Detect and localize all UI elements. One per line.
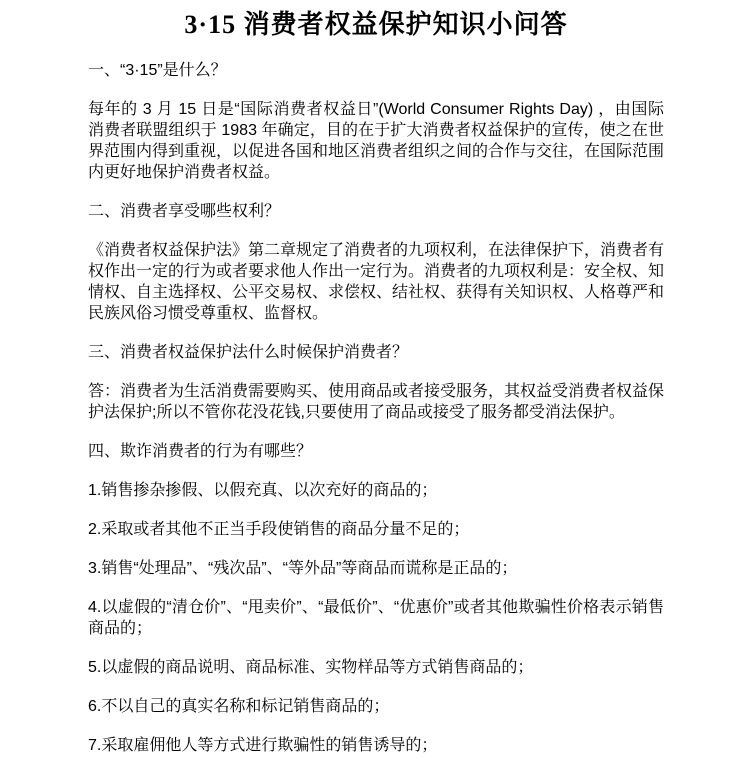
section-4-heading: 四、欺诈消费者的行为有哪些？	[88, 441, 664, 462]
fraud-list-item-1: 1.销售掺杂掺假、以假充真、以次充好的商品的；	[88, 480, 664, 501]
section-when-protected: 三、消费者权益保护法什么时候保护消费者？ 答：消费者为生活消费需要购买、使用商品…	[88, 342, 664, 423]
section-3-heading: 三、消费者权益保护法什么时候保护消费者？	[88, 342, 664, 363]
fraud-list-item-7: 7.采取雇佣他人等方式进行欺骗性的销售诱导的；	[88, 735, 664, 756]
document-page: 3·15 消费者权益保护知识小问答 一、“3·15”是什么？ 每年的 3 月 1…	[0, 0, 748, 759]
section-2-heading: 二、消费者享受哪些权利？	[88, 201, 664, 222]
section-consumer-rights: 二、消费者享受哪些权利？ 《消费者权益保护法》第二章规定了消费者的九项权利，在法…	[88, 201, 664, 324]
section-2-paragraph: 《消费者权益保护法》第二章规定了消费者的九项权利，在法律保护下，消费者有权作出一…	[88, 240, 664, 324]
section-3-paragraph: 答：消费者为生活消费需要购买、使用商品或者接受服务，其权益受消费者权益保护法保护…	[88, 381, 664, 423]
section-1-heading: 一、“3·15”是什么？	[88, 60, 664, 81]
section-fraud-behaviors: 四、欺诈消费者的行为有哪些？ 1.销售掺杂掺假、以假充真、以次充好的商品的； 2…	[88, 441, 664, 756]
fraud-list-item-4: 4.以虚假的“清仓价”、“甩卖价”、“最低价”、“优惠价”或者其他欺骗性价格表示…	[88, 597, 664, 639]
fraud-list-item-6: 6.不以自己的真实名称和标记销售商品的；	[88, 696, 664, 717]
fraud-list-item-5: 5.以虚假的商品说明、商品标准、实物样品等方式销售商品的；	[88, 657, 664, 678]
fraud-list-item-3: 3.销售“处理品”、“残次品”、“等外品”等商品而谎称是正品的；	[88, 558, 664, 579]
document-title: 3·15 消费者权益保护知识小问答	[88, 8, 664, 42]
section-1-paragraph: 每年的 3 月 15 日是“国际消费者权益日”(World Consumer R…	[88, 99, 664, 183]
fraud-list-item-2: 2.采取或者其他不正当手段使销售的商品分量不足的；	[88, 519, 664, 540]
section-what-is-315: 一、“3·15”是什么？ 每年的 3 月 15 日是“国际消费者权益日”(Wor…	[88, 60, 664, 183]
